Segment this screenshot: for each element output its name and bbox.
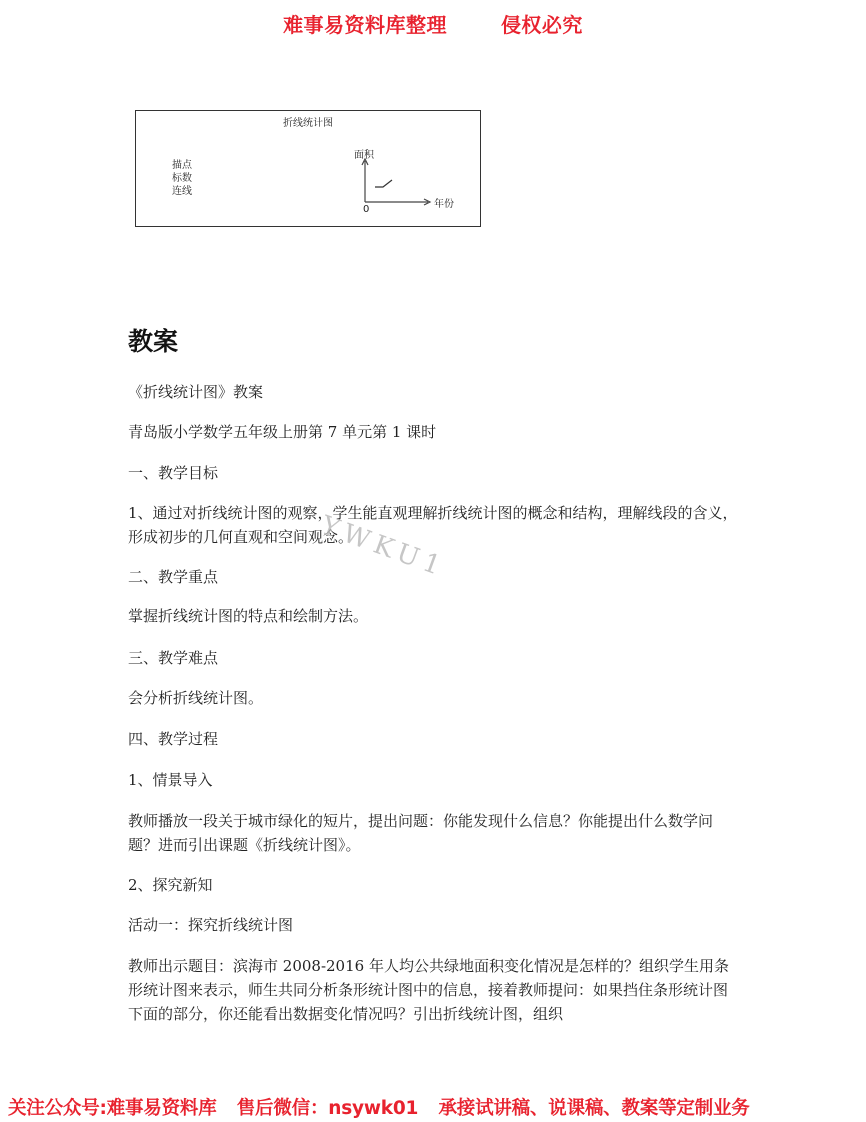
- figure-title: 折线统计图: [136, 114, 480, 129]
- lesson-info: 青岛版小学数学五年级上册第 7 单元第 1 课时: [128, 420, 738, 444]
- figure-steps: 描点 标数 连线: [172, 159, 192, 198]
- section-heading-process: 四、教学过程: [128, 727, 738, 751]
- footer-services: 承接试讲稿、说课稿、教案等定制业务: [438, 1098, 749, 1119]
- footer-after-sales: 售后微信：nsywk01: [237, 1098, 418, 1119]
- origin-label: 0: [363, 204, 369, 215]
- section-heading-difficulties: 三、教学难点: [128, 646, 738, 670]
- lesson-title: 《折线统计图》教案: [128, 380, 738, 404]
- header-banner-right: 侵权必究: [501, 13, 583, 37]
- activity-1-text: 教师出示题目：滨海市 2008-2016 年人均公共绿地面积变化情况是怎样的？组…: [128, 954, 738, 1026]
- section-heading-objectives: 一、教学目标: [128, 461, 738, 485]
- difficulties-text: 会分析折线统计图。: [128, 686, 738, 710]
- header-banner-left: 难事易资料库整理: [283, 13, 447, 37]
- step-connect-lines: 连线: [172, 185, 192, 198]
- step-heading-explore: 2、探究新知: [128, 873, 738, 897]
- step-heading-intro: 1、情景导入: [128, 768, 738, 792]
- step-label-numbers: 标数: [172, 172, 192, 185]
- x-axis-label: 年份: [434, 195, 454, 210]
- activity-1-heading: 活动一：探究折线统计图: [128, 913, 738, 937]
- line-chart-concept-figure: 折线统计图 描点 标数 连线 面积 年份 0: [135, 110, 481, 227]
- objective-1: 1、通过对折线统计图的观察，学生能直观理解折线统计图的概念和结构，理解线段的含义…: [128, 501, 738, 549]
- section-heading-key-points: 二、教学重点: [128, 565, 738, 589]
- header-banner: 难事易资料库整理 侵权必究: [0, 9, 866, 38]
- footer-banner: 关注公众号:难事易资料库 售后微信：nsywk01 承接试讲稿、说课稿、教案等定…: [8, 1094, 866, 1120]
- axes-icon: [342, 144, 472, 224]
- document-title: 教案: [128, 322, 178, 358]
- step-plot-points: 描点: [172, 159, 192, 172]
- mini-line-chart: 面积 年份 0: [342, 144, 472, 224]
- key-points-text: 掌握折线统计图的特点和绘制方法。: [128, 604, 738, 628]
- intro-text: 教师播放一段关于城市绿化的短片，提出问题：你能发现什么信息？你能提出什么数学问题…: [128, 809, 738, 857]
- footer-wechat-account: 关注公众号:难事易资料库: [8, 1098, 217, 1119]
